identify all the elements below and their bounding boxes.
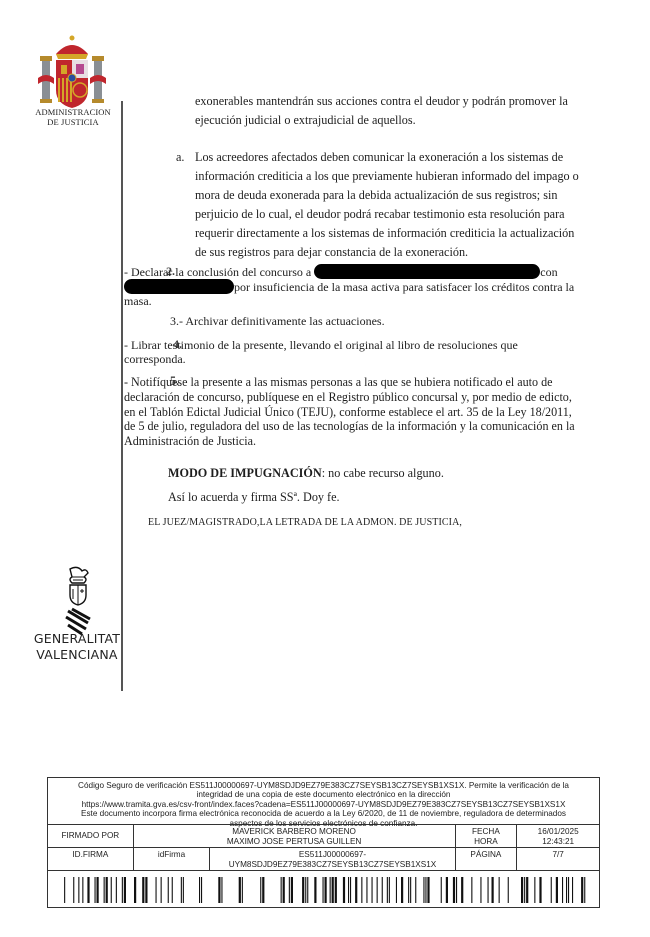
logo-line: VALENCIANA — [30, 647, 124, 663]
signed-by-row: FIRMADO POR MAVERICK BARBERO MORENO MAXI… — [48, 825, 599, 848]
csv-url[interactable]: https://www.tramita.gva.es/csv-front/ind… — [48, 800, 599, 809]
modo-label: MODO DE IMPUGNACIÓN — [168, 466, 322, 480]
fecha-hora-values: 16/01/2025 12:43:21 — [517, 825, 599, 847]
firmado-por-label: FIRMADO POR — [48, 825, 134, 847]
signers: MAVERICK BARBERO MORENO MAXIMO JOSE PERT… — [134, 825, 456, 847]
prefix-text: - Notifíqu — [124, 375, 172, 389]
overlay-number: 2. — [166, 264, 175, 278]
logo-line: ADMINISTRACION — [30, 107, 116, 117]
barcode-icon — [61, 877, 587, 903]
signature-line: EL JUEZ/MAGISTRADO,LA LETRADA DE LA ADMO… — [148, 516, 598, 530]
overlay-number: 5. — [170, 374, 179, 389]
declarar-text: con — [540, 265, 557, 279]
logo-line: GENERALITAT — [30, 631, 124, 647]
fecha-hora-labels: FECHA HORA — [456, 825, 518, 847]
paragraph-declarar: - Declarar2. la conclusión del concurso … — [124, 264, 580, 308]
fecha-label: FECHA — [456, 827, 517, 837]
paragraph-archivar: 3.- Archivar definitivamente las actuaci… — [170, 314, 590, 328]
signature-verification-box: Código Seguro de verificación ES511J0000… — [47, 777, 600, 908]
administracion-de-justicia-logo-text: ADMINISTRACION DE JUSTICIA — [30, 107, 116, 127]
paragraph-notificar: - Notifíqu5.ese la presente a las mismas… — [124, 375, 580, 449]
closing-formula: Así lo acuerda y firma SSª. Doy fe. — [168, 490, 588, 504]
modo-text: : no cabe recurso alguno. — [322, 466, 444, 480]
hora-value: 12:43:21 — [517, 837, 599, 847]
list-marker: a. — [176, 148, 184, 167]
generalitat-valenciana-crest-icon — [60, 565, 96, 637]
generalitat-valenciana-logo-text: GENERALITAT VALENCIANA — [30, 631, 124, 663]
id-firma-key: idFirma — [134, 848, 211, 870]
id-firma-row: ID.FIRMA idFirma ES511J00000697- UYM8SDJ… — [48, 848, 599, 871]
spain-coat-of-arms-icon — [36, 32, 108, 112]
csv-line: integridad de una copia de este document… — [48, 790, 599, 799]
id-firma-value: ES511J00000697- UYM8SDJD9EZ79E383CZ7SEYS… — [210, 848, 455, 870]
csv-notice: Código Seguro de verificación ES511J0000… — [48, 778, 599, 825]
list-item-a: a. Los acreedores afectados deben comuni… — [176, 148, 586, 262]
librar-prefix: - Librar te4. — [124, 338, 173, 352]
id-firma-value-line: UYM8SDJD9EZ79E383CZ7SEYSB13CZ7SEYSB1XS1X — [210, 860, 454, 870]
redaction-block — [314, 264, 540, 279]
signer-name: MAXIMO JOSE PERTUSA GUILLEN — [134, 837, 455, 847]
id-firma-value-line: ES511J00000697- — [210, 850, 454, 860]
margin-rule — [121, 101, 123, 691]
declarar-text: la conclusión del concurso a — [172, 265, 314, 279]
prefix-text: - Librar te — [124, 338, 173, 352]
modo-impugnacion: MODO DE IMPUGNACIÓN: no cabe recurso alg… — [168, 466, 588, 480]
declarar-prefix: - Declarar2. — [124, 265, 172, 279]
paragraph-librar: - Librar te4.stimonio de la presente, ll… — [124, 338, 580, 366]
redaction-block — [124, 279, 234, 294]
signer-name: MAVERICK BARBERO MORENO — [134, 827, 455, 837]
logo-line: DE JUSTICIA — [30, 117, 116, 127]
csv-line: Este documento incorpora firma electróni… — [48, 809, 599, 818]
id-firma-label: ID.FIRMA — [48, 848, 134, 870]
paragraph-continuation: exonerables mantendrán sus acciones cont… — [195, 92, 585, 130]
hora-label: HORA — [456, 837, 517, 847]
overlay-number: 4. — [173, 337, 182, 351]
csv-line: Código Seguro de verificación ES511J0000… — [48, 781, 599, 790]
barcode — [48, 871, 599, 909]
librar-text: stimonio de la presente, llevando el ori… — [124, 338, 518, 366]
fecha-value: 16/01/2025 — [517, 827, 599, 837]
pagina-value: 7/7 — [517, 848, 599, 870]
notificar-text: ese la presente a las mismas personas a … — [124, 375, 575, 448]
pagina-label: PÁGINA — [456, 848, 518, 870]
notificar-prefix: - Notifíqu5. — [124, 375, 172, 389]
list-item-text: Los acreedores afectados deben comunicar… — [195, 148, 586, 262]
